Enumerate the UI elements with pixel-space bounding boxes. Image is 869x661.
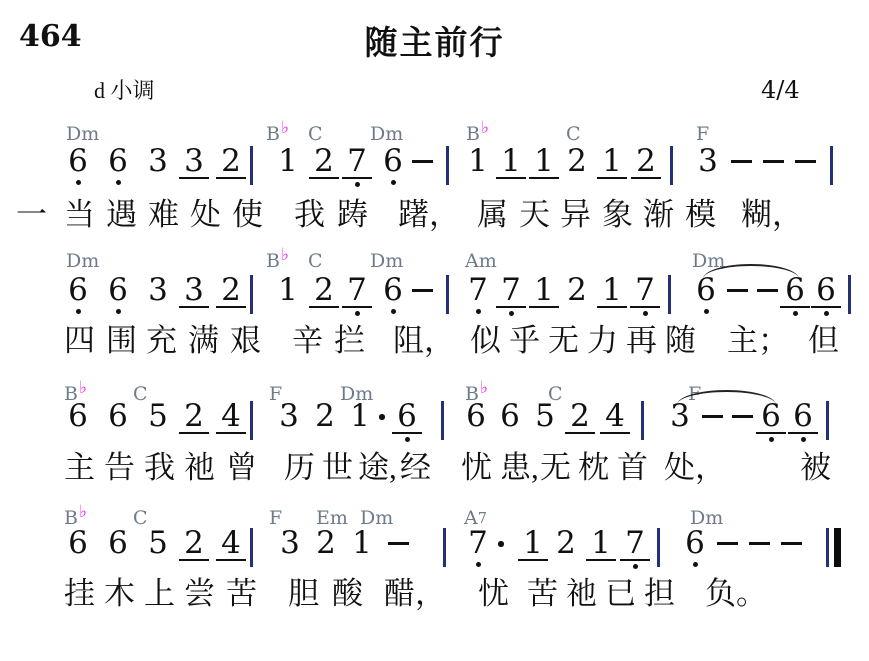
note-number: 5	[535, 401, 555, 432]
chord-label: Dm	[66, 251, 99, 271]
lyric-char: 四	[64, 324, 95, 357]
low-octave-dot	[476, 562, 481, 567]
duration-dash	[727, 289, 748, 292]
time-signature: 4/4	[761, 76, 800, 104]
note-digit: 6	[780, 275, 810, 316]
note-digit: 2	[179, 528, 209, 561]
lyric-char: 似	[470, 324, 501, 357]
note-digit: 6	[461, 401, 491, 432]
augmentation-dot	[379, 414, 385, 420]
chord-root: Dm	[66, 250, 99, 272]
chord-root: C	[548, 383, 563, 405]
note-number: 4	[600, 401, 630, 434]
low-octave-dot	[801, 437, 806, 442]
chord-root: Dm	[340, 383, 373, 405]
note-digit: 7	[463, 275, 493, 314]
note-number: 1	[586, 528, 616, 561]
note-number: 4	[216, 401, 246, 434]
low-octave-dot	[643, 311, 648, 316]
chord-root: Dm	[692, 250, 725, 272]
duration-dash	[731, 160, 752, 163]
lyric-char: 我	[294, 198, 325, 231]
note-number: 7	[468, 528, 488, 559]
note-digit: 6	[392, 401, 422, 442]
note-digit: 5	[143, 401, 173, 432]
note-digit: 2	[309, 275, 339, 308]
note-number: 1	[278, 146, 298, 177]
slur-arc	[677, 390, 776, 405]
chord-label: Dm	[360, 508, 393, 528]
note-number: 1	[529, 275, 559, 308]
note-number: 3	[279, 401, 299, 432]
lyric-char: 祂	[184, 451, 215, 484]
lyric-char: 历	[284, 451, 315, 484]
note-digit: 6	[103, 275, 133, 314]
note-number: 6	[696, 275, 716, 306]
note-number: 3	[148, 275, 168, 306]
chord-label: Dm	[692, 251, 725, 271]
note-digit: 1	[529, 275, 559, 308]
note-digit: 3	[143, 275, 173, 306]
duration-dash	[388, 542, 409, 545]
lyric-char: 祂	[566, 577, 597, 610]
duration-dash	[757, 289, 778, 292]
note-number: 7	[620, 528, 650, 561]
note-digit: 6	[756, 401, 786, 442]
final-barline-thick	[834, 528, 841, 567]
note-number: 7	[342, 146, 372, 179]
chord-root: F	[688, 383, 701, 405]
hymn-sheet-page: 464 随主前行 d 小调 4/4 DmB♭CDmB♭CF66332127611…	[0, 0, 869, 661]
chord-label: F	[269, 384, 282, 404]
note-digit: 3	[693, 146, 723, 177]
chord-root: Dm	[66, 123, 99, 145]
note-digit: 6	[495, 401, 525, 432]
chord-root: B	[266, 250, 280, 272]
chord-label: B♭	[64, 508, 87, 529]
note-digit: 5	[530, 401, 560, 432]
note-number: 2	[216, 146, 246, 179]
note-digit: 6	[103, 146, 133, 185]
note-number: 1	[597, 275, 627, 308]
barline	[250, 528, 253, 567]
note-number: 6	[68, 401, 88, 432]
note-number: 2	[556, 528, 576, 559]
barline	[668, 275, 671, 314]
note-digit: 3	[665, 401, 695, 432]
flat-icon: ♭	[480, 378, 488, 398]
lyric-char: 处，	[664, 451, 726, 484]
note-number: 1	[352, 528, 372, 559]
lyric-char: 胆	[288, 577, 319, 610]
barline	[250, 146, 253, 185]
low-octave-dot	[391, 180, 396, 185]
barline	[641, 401, 644, 440]
chord-seventh: 7	[478, 511, 487, 527]
low-octave-dot	[793, 311, 798, 316]
lyric-char: 主	[64, 451, 95, 484]
note-digit: 3	[274, 401, 304, 432]
lyric-char: 我	[144, 451, 175, 484]
chord-root: Em	[316, 507, 348, 529]
note-digit: 7	[342, 275, 372, 316]
note-digit: 6	[378, 275, 408, 314]
chord-label: F	[696, 124, 709, 144]
note-number: 2	[309, 146, 339, 179]
final-barline-thin	[826, 528, 829, 567]
low-octave-dot	[116, 180, 121, 185]
note-digit: 2	[311, 528, 341, 559]
lyric-char: 首	[617, 451, 648, 484]
note-digit: 3	[143, 146, 173, 177]
note-digit: 2	[310, 401, 340, 432]
lyric-char: 无	[540, 451, 571, 484]
note-digit: 6	[680, 528, 710, 567]
lyric-char: 被	[800, 451, 831, 484]
duration-dash	[702, 415, 723, 418]
chord-label: C	[566, 124, 581, 144]
augmentation-dot	[498, 541, 504, 547]
barline	[830, 146, 833, 185]
flat-icon: ♭	[281, 118, 289, 138]
final-barline	[826, 528, 848, 567]
lyric-char: 乎	[509, 324, 540, 357]
chord-root: F	[696, 123, 709, 145]
lyric-char: 难	[148, 198, 179, 231]
lyric-char: 异	[560, 198, 591, 231]
barline	[826, 401, 829, 440]
low-octave-dot	[693, 562, 698, 567]
duration-dash	[781, 542, 802, 545]
lyric-char: 无	[548, 324, 579, 357]
note-number: 1	[468, 146, 488, 177]
lyric-char: 主；	[727, 324, 789, 357]
duration-dash	[795, 160, 816, 163]
note-digit: 2	[216, 146, 246, 179]
duration-dash	[763, 160, 784, 163]
note-number: 7	[496, 275, 526, 308]
note-digit: 1	[496, 146, 526, 179]
note-number: 6	[811, 275, 841, 308]
lyric-char: 负。	[705, 577, 767, 610]
duration-dash	[749, 542, 770, 545]
chord-root: C	[308, 250, 323, 272]
note-digit: 4	[216, 401, 246, 434]
barline	[443, 528, 446, 567]
note-number: 6	[383, 146, 403, 177]
lyric-char: 尝	[184, 577, 215, 610]
note-number: 7	[468, 275, 488, 306]
note-number: 6	[466, 401, 486, 432]
low-octave-dot	[476, 309, 481, 314]
low-octave-dot	[509, 311, 514, 316]
low-octave-dot	[355, 311, 360, 316]
chord-label: B♭	[465, 384, 488, 405]
lyric-char: 天	[519, 198, 550, 231]
note-digit: 1	[463, 146, 493, 177]
chord-label: B♭	[64, 384, 87, 405]
lyric-char: 枕	[578, 451, 609, 484]
lyric-char: 木	[104, 577, 135, 610]
barline	[657, 528, 660, 567]
note-number: 2	[316, 528, 336, 559]
note-digit: 6	[63, 401, 93, 432]
chord-label: F	[688, 384, 701, 404]
note-number: 6	[780, 275, 810, 308]
lyric-char: 再	[626, 324, 657, 357]
note-number: 3	[670, 401, 690, 432]
note-digit: 2	[179, 401, 209, 434]
lyric-char: 患,	[500, 451, 539, 484]
flat-icon: ♭	[79, 378, 87, 398]
note-number: 1	[518, 528, 548, 561]
lyric-char: 忧	[461, 451, 492, 484]
lyric-char: 随	[665, 324, 696, 357]
note-number: 2	[565, 401, 595, 434]
lyric-char: 拦	[334, 324, 365, 357]
note-digit: 3	[275, 528, 305, 559]
chord-label: Am	[465, 251, 497, 271]
lyric-char: 满	[188, 324, 219, 357]
duration-dash	[412, 289, 433, 292]
duration-dash	[717, 542, 738, 545]
note-digit: 7	[342, 146, 372, 187]
chord-root: B	[465, 383, 479, 405]
note-number: 2	[631, 146, 661, 179]
chord-root: Am	[465, 250, 497, 272]
chord-label: C	[308, 124, 323, 144]
note-digit: 1	[347, 528, 377, 559]
note-number: 6	[108, 275, 128, 306]
chord-label: C	[308, 251, 323, 271]
note-number: 6	[685, 528, 705, 559]
lyric-char: 艰	[230, 324, 261, 357]
chord-root: Dm	[370, 250, 403, 272]
lyric-char: 经	[400, 451, 431, 484]
note-number: 6	[756, 401, 786, 434]
low-octave-dot	[76, 309, 81, 314]
chord-root: C	[308, 123, 323, 145]
page-title: 随主前行	[0, 24, 869, 62]
note-number: 6	[68, 528, 88, 559]
lyric-char: 充	[146, 324, 177, 357]
lyric-char: 途,	[358, 451, 397, 484]
barline	[441, 401, 444, 440]
flat-icon: ♭	[79, 502, 87, 522]
note-number: 3	[280, 528, 300, 559]
note-digit: 1	[597, 146, 627, 179]
note-digit: 6	[691, 275, 721, 314]
note-number: 1	[529, 146, 559, 179]
low-octave-dot	[704, 309, 709, 314]
barline	[250, 401, 253, 440]
chord-label: F	[269, 508, 282, 528]
chord-root: F	[269, 383, 282, 405]
note-digit: 6	[788, 401, 818, 442]
lyric-char: 阻，	[393, 324, 455, 357]
note-digit: 6	[378, 146, 408, 185]
low-octave-dot	[405, 437, 410, 442]
note-number: 3	[179, 275, 209, 308]
chord-label: C	[548, 384, 563, 404]
note-digit: 6	[63, 528, 93, 559]
lyric-char: 告	[104, 451, 135, 484]
note-digit: 1	[529, 146, 559, 179]
note-digit: 2	[562, 146, 592, 177]
barline	[670, 146, 673, 185]
note-digit: 5	[143, 528, 173, 559]
note-number: 1	[597, 146, 627, 179]
note-digit: 1	[586, 528, 616, 561]
slur-arc	[703, 264, 799, 279]
note-digit: 2	[309, 146, 339, 179]
lyric-char: 苦	[527, 577, 558, 610]
lyric-char: 醋，	[384, 577, 446, 610]
note-digit: 7	[463, 528, 493, 567]
lyric-char: 围	[106, 324, 137, 357]
lyric-char: 象	[602, 198, 633, 231]
lyric-char: 担	[644, 577, 675, 610]
chord-label: Dm	[340, 384, 373, 404]
lyric-char: 辛	[292, 324, 323, 357]
lyric-char: 已	[605, 577, 636, 610]
low-octave-dot	[391, 309, 396, 314]
note-digit: 1	[597, 275, 627, 308]
note-digit: 2	[216, 275, 246, 308]
lyric-char: 上	[144, 577, 175, 610]
lyric-char: 酸	[332, 577, 363, 610]
note-digit: 6	[103, 528, 133, 559]
note-digit: 3	[179, 275, 209, 308]
low-octave-dot	[633, 564, 638, 569]
note-digit: 3	[179, 146, 209, 179]
chord-label: C	[133, 508, 148, 528]
note-number: 6	[68, 146, 88, 177]
note-number: 4	[216, 528, 246, 561]
note-digit: 2	[565, 401, 595, 434]
chord-root: C	[133, 383, 148, 405]
note-number: 6	[108, 528, 128, 559]
barline	[848, 275, 851, 314]
note-number: 1	[350, 401, 370, 432]
note-number: 2	[309, 275, 339, 308]
note-number: 3	[698, 146, 718, 177]
chord-root: B	[64, 383, 78, 405]
chord-label: B♭	[266, 251, 289, 272]
chord-root: C	[133, 507, 148, 529]
barline	[250, 275, 253, 314]
flat-icon: ♭	[281, 245, 289, 265]
note-digit: 7	[496, 275, 526, 316]
chord-root: C	[566, 123, 581, 145]
chord-root: Dm	[370, 123, 403, 145]
chord-root: A	[464, 507, 478, 529]
lyric-char: 力	[587, 324, 618, 357]
note-number: 3	[179, 146, 209, 179]
note-number: 7	[630, 275, 660, 308]
note-number: 6	[392, 401, 422, 434]
note-digit: 6	[103, 401, 133, 432]
note-number: 6	[383, 275, 403, 306]
note-digit: 1	[345, 401, 375, 432]
note-digit: 6	[63, 146, 93, 185]
note-digit: 4	[600, 401, 630, 434]
chord-label: Dm	[66, 124, 99, 144]
lyric-char: 忧	[478, 577, 509, 610]
note-number: 2	[315, 401, 335, 432]
low-octave-dot	[769, 437, 774, 442]
lyric-char: 当	[64, 198, 95, 231]
lyric-char: 遇	[106, 198, 137, 231]
chord-label: C	[133, 384, 148, 404]
barline	[446, 146, 449, 185]
note-number: 2	[216, 275, 246, 308]
chord-label: Dm	[370, 124, 403, 144]
chord-root: B	[64, 507, 78, 529]
note-number: 5	[148, 401, 168, 432]
lyric-char: 曾	[226, 451, 257, 484]
chord-label: Dm	[690, 508, 723, 528]
note-digit: 1	[273, 146, 303, 177]
note-number: 2	[567, 146, 587, 177]
barline	[446, 275, 449, 314]
note-number: 6	[500, 401, 520, 432]
lyric-char: 踌	[337, 198, 368, 231]
low-octave-dot	[355, 182, 360, 187]
low-octave-dot	[824, 311, 829, 316]
note-digit: 1	[518, 528, 548, 561]
note-number: 6	[108, 146, 128, 177]
chord-root: Dm	[690, 507, 723, 529]
low-octave-dot	[76, 180, 81, 185]
note-number: 6	[108, 401, 128, 432]
note-number: 6	[68, 275, 88, 306]
duration-dash	[732, 415, 753, 418]
note-digit: 4	[216, 528, 246, 561]
chord-label: B♭	[466, 124, 489, 145]
lyric-char: 模	[685, 198, 716, 231]
note-number: 2	[567, 275, 587, 306]
lyric-char: 一	[16, 198, 47, 231]
lyric-char: 世	[322, 451, 353, 484]
key-signature: d 小调	[94, 78, 155, 104]
chord-label: Dm	[370, 251, 403, 271]
duration-dash	[412, 160, 433, 163]
note-number: 1	[278, 275, 298, 306]
chord-label: A7	[464, 508, 487, 530]
note-digit: 1	[273, 275, 303, 306]
chord-root: Dm	[360, 507, 393, 529]
note-number: 5	[148, 528, 168, 559]
lyric-char: 使	[232, 198, 263, 231]
note-number: 2	[179, 528, 209, 561]
lyric-char: 躇，	[398, 198, 460, 231]
note-digit: 7	[630, 275, 660, 316]
note-number: 6	[788, 401, 818, 434]
flat-icon: ♭	[481, 118, 489, 138]
note-number: 1	[496, 146, 526, 179]
chord-label: Em	[316, 508, 348, 528]
note-number: 2	[179, 401, 209, 434]
lyric-char: 糊，	[741, 198, 803, 231]
lyric-char: 渐	[643, 198, 674, 231]
chord-root: B	[266, 123, 280, 145]
note-digit: 2	[562, 275, 592, 306]
lyric-char: 属	[477, 198, 508, 231]
lyric-char: 处	[190, 198, 221, 231]
note-digit: 6	[63, 275, 93, 314]
note-number: 3	[148, 146, 168, 177]
